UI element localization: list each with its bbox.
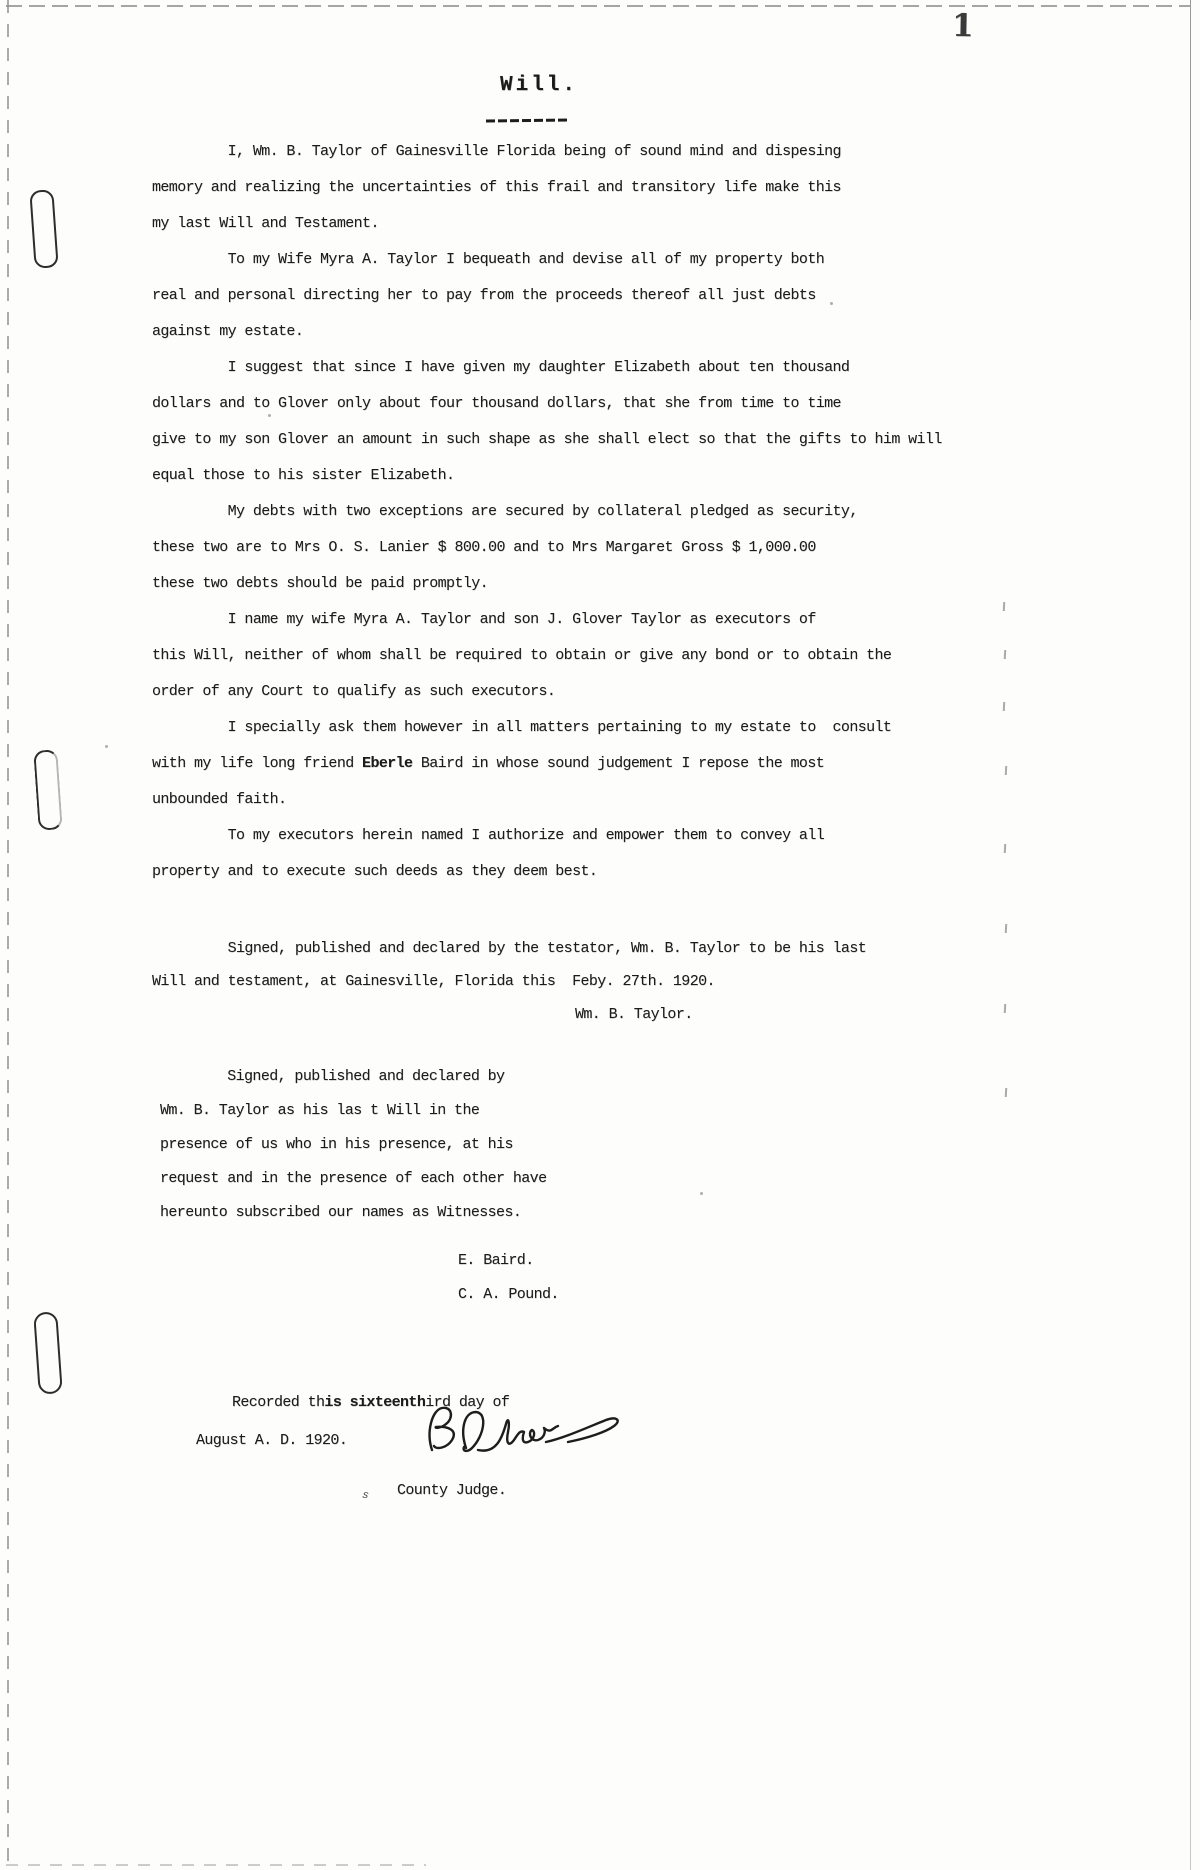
binder-fastener-mark — [33, 749, 63, 830]
scan-edge-top — [6, 5, 1190, 7]
recording-text: Recorded th — [232, 1394, 324, 1411]
margin-tick — [1004, 1004, 1006, 1013]
witness-attestation: Signed, published and declared by Wm. B.… — [160, 1060, 760, 1230]
binder-fastener-mark — [29, 189, 58, 268]
will-paragraph-5: I name my wife Myra A. Taylor and son J.… — [152, 602, 1132, 710]
title-underline — [486, 119, 570, 123]
will-paragraph-2: To my Wife Myra A. Taylor I bequeath and… — [152, 242, 1132, 350]
will-paragraph-7: To my executors herein named I authorize… — [152, 818, 1132, 890]
county-judge-title: County Judge. — [397, 1482, 506, 1499]
will-paragraph-4: My debts with two exceptions are secured… — [152, 494, 1132, 602]
will-paragraph-6: I specially ask them however in all matt… — [152, 710, 1132, 818]
witness-signature-pound: C. A. Pound. — [458, 1286, 559, 1303]
county-judge-handwritten-signature — [418, 1398, 633, 1473]
witness-signature-baird: E. Baird. — [458, 1252, 534, 1269]
attestation-clause: Signed, published and declared by the te… — [152, 932, 1132, 998]
scan-edge-left — [7, 0, 9, 1870]
will-paragraph-1: I, Wm. B. Taylor of Gainesville Florida … — [152, 134, 1132, 242]
recording-overstruck-text: is sixteenth — [324, 1394, 425, 1411]
scanned-page: s 1 Will. I, Wm. B. Taylor of Gainesvill… — [0, 0, 1200, 1870]
paragraph-6-emphasized-name: Eberle — [362, 755, 412, 772]
recording-statement-line2: August A. D. 1920. — [196, 1432, 347, 1449]
stray-ink-mark: s — [361, 1490, 370, 1503]
document-title: Will. — [500, 74, 578, 97]
page-number: 1 — [952, 8, 974, 44]
scan-edge-right-dark — [1190, 0, 1192, 320]
will-paragraph-3: I suggest that since I have given my dau… — [152, 350, 1132, 494]
testator-signature: Wm. B. Taylor. — [575, 1006, 693, 1023]
will-body: I, Wm. B. Taylor of Gainesville Florida … — [152, 134, 1132, 890]
scan-speck — [105, 745, 108, 748]
binder-fastener-mark — [33, 1311, 63, 1394]
scan-edge-bottom — [6, 1864, 426, 1866]
margin-tick — [1005, 1088, 1007, 1097]
